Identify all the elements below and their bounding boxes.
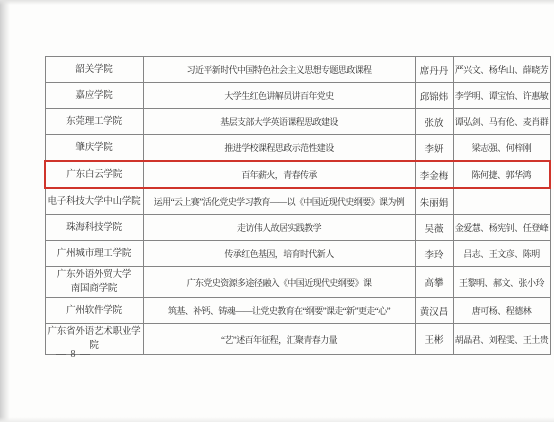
members-cell: 李学明、谭宝怡、许惠敏 [453, 83, 550, 109]
members-cell [453, 188, 550, 215]
members-cell: 唐可杨、程德林 [453, 298, 550, 324]
table-row: 嘉应学院 大学生红色讲解员讲百年党史 邱锦炜 李学明、谭宝怡、许惠敏 [45, 83, 550, 109]
leader-cell: 李妍 [415, 135, 453, 162]
leader-cell: 邱锦炜 [415, 83, 453, 109]
leader-cell: 席丹丹 [415, 57, 453, 83]
institution-cell: 东莞理工学院 [45, 109, 143, 135]
project-cell: 基层支部大学英语课程思政建设 [143, 109, 415, 135]
highlighted-row: 广东白云学院 百年薪火，青春传承 李金梅 陈何捷、郭华鸿 [45, 161, 550, 188]
scan-edge-bottom [0, 417, 554, 422]
members-cell: 吕志、王文彦、陈明 [453, 241, 550, 267]
project-cell: 广东党史资源多途径融入《中国近现代史纲要》课 [143, 267, 415, 298]
members-cell: 谭弘剑、马有伦、麦肖群 [453, 109, 550, 135]
members-cell: 陈何捷、郭华鸿 [453, 161, 550, 188]
table-row: 韶关学院 习近平新时代中国特色社会主义思想专题思政课程 席丹丹 严兴文、杨华山、… [45, 57, 550, 83]
table-row: 东莞理工学院 基层支部大学英语课程思政建设 张放 谭弘剑、马有伦、麦肖群 [45, 109, 550, 135]
members-cell: 严兴文、杨华山、薛晓芳 [453, 57, 550, 83]
project-cell: “艺”述百年征程，汇聚青春力量 [143, 324, 415, 355]
institution-cell: 珠海科技学院 [45, 215, 143, 241]
leader-cell: 李玲 [415, 241, 453, 267]
project-cell: 筑基、补钙、铸魂——让党史教育在“纲要”课走“新”更走“心” [143, 298, 415, 324]
table-row: 珠海科技学院 走访伟人故居实践教学 吴薇 金爱慧、杨宪钊、任登峰 [45, 215, 550, 241]
project-cell: 习近平新时代中国特色社会主义思想专题思政课程 [143, 57, 415, 83]
table-row: 广州城市理工学院 传承红色基因，培育时代新人 李玲 吕志、王文彦、陈明 [45, 241, 550, 267]
table-row: 广东省外语艺术职业学 院 “艺”述百年征程，汇聚青春力量 王彬 胡晶君、刘程雯、… [45, 324, 550, 355]
project-cell: 传承红色基因，培育时代新人 [143, 241, 415, 267]
members-cell: 金爱慧、杨宪钊、任登峰 [453, 215, 550, 241]
leader-cell: 黄汉昌 [415, 298, 453, 324]
leader-cell: 张放 [415, 109, 453, 135]
institution-cell: 肇庆学院 [45, 135, 143, 162]
table-row: 肇庆学院 推进学校课程思政示范性建设 李妍 梁志强、何梓刚 [45, 135, 550, 162]
institution-cell: 电子科技大学中山学院 [45, 188, 143, 215]
scan-edge-top [0, 0, 554, 5]
leader-cell: 王彬 [415, 324, 453, 355]
awards-table: 韶关学院 习近平新时代中国特色社会主义思想专题思政课程 席丹丹 严兴文、杨华山、… [44, 56, 551, 355]
members-cell: 王黎明、郝文、张小玲 [453, 267, 550, 298]
project-cell: 走访伟人故居实践教学 [143, 215, 415, 241]
scan-edge-left [0, 0, 10, 422]
institution-cell: 广州软件学院 [45, 298, 143, 324]
table-row: 广东外语外贸大学 南国商学院 广东党史资源多途径融入《中国近现代史纲要》课 高攀… [45, 267, 550, 298]
institution-cell: 广东外语外贸大学 南国商学院 [45, 267, 143, 298]
page-number: — 8 — [56, 349, 91, 360]
leader-cell: 李金梅 [415, 161, 453, 188]
project-cell: 推进学校课程思政示范性建设 [143, 135, 415, 162]
project-cell: 百年薪火，青春传承 [143, 161, 415, 188]
institution-cell: 韶关学院 [45, 57, 143, 83]
members-cell: 胡晶君、刘程雯、王土贵 [453, 324, 550, 355]
project-cell: 运用“云上赛”活化党史学习教育——以《中国近现代史纲要》课为例 [143, 188, 415, 215]
leader-cell: 高攀 [415, 267, 453, 298]
institution-cell: 广州城市理工学院 [45, 241, 143, 267]
table-row: 电子科技大学中山学院 运用“云上赛”活化党史学习教育——以《中国近现代史纲要》课… [45, 188, 550, 215]
table-row: 广州软件学院 筑基、补钙、铸魂——让党史教育在“纲要”课走“新”更走“心” 黄汉… [45, 298, 550, 324]
institution-cell: 广东白云学院 [45, 161, 143, 188]
project-cell: 大学生红色讲解员讲百年党史 [143, 83, 415, 109]
members-cell: 梁志强、何梓刚 [453, 135, 550, 162]
institution-cell: 嘉应学院 [45, 83, 143, 109]
leader-cell: 朱丽娟 [415, 188, 453, 215]
scanned-document-page: 韶关学院 习近平新时代中国特色社会主义思想专题思政课程 席丹丹 严兴文、杨华山、… [0, 0, 554, 422]
leader-cell: 吴薇 [415, 215, 453, 241]
